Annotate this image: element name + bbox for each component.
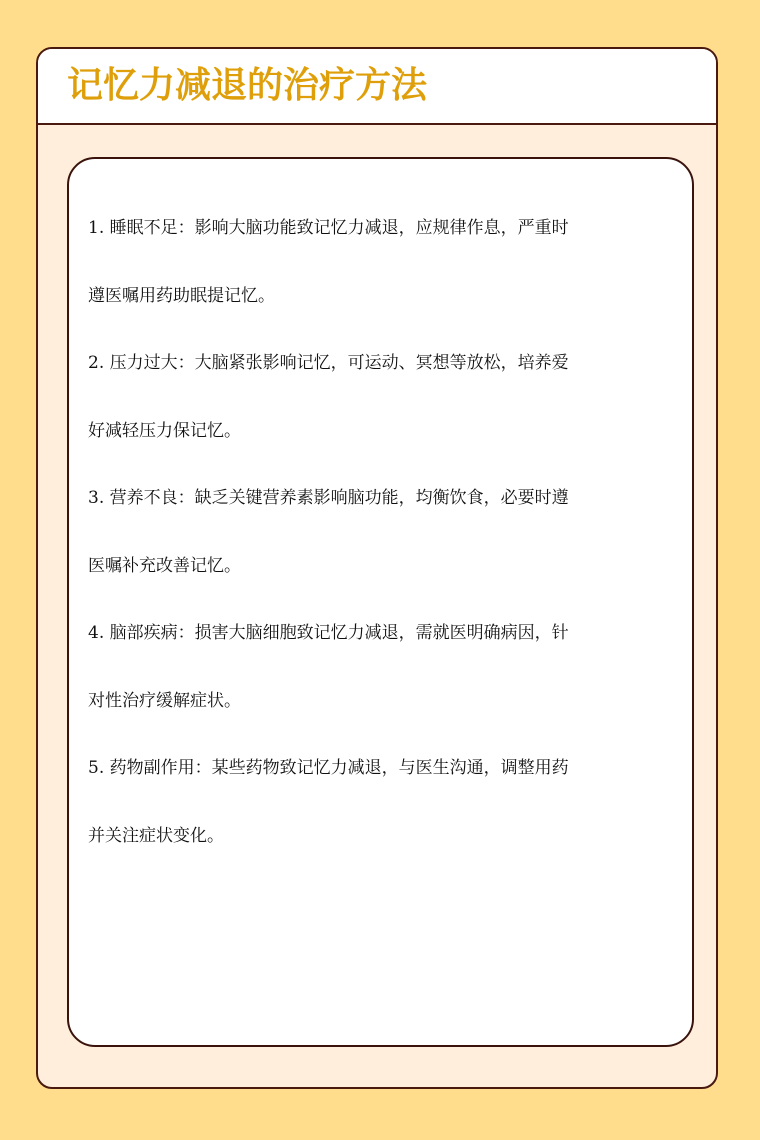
list-item-line: 4. 脑部疾病：损害大脑细胞致记忆力减退，需就医明确病因，针 (88, 600, 668, 668)
card-header: 记忆力减退的治疗方法 (38, 49, 716, 125)
page-title: 记忆力减退的治疗方法 (67, 64, 427, 108)
list-item: 4. 脑部疾病：损害大脑细胞致记忆力减退，需就医明确病因，针 对性治疗缓解症状。 (88, 600, 668, 735)
list-item: 5. 药物副作用：某些药物致记忆力减退，与医生沟通，调整用药 并关注症状变化。 (88, 735, 668, 870)
list-item-line: 3. 营养不良：缺乏关键营养素影响脑功能，均衡饮食，必要时遵 (88, 465, 668, 533)
list-item-line: 2. 压力过大：大脑紧张影响记忆，可运动、冥想等放松，培养爱 (88, 330, 668, 398)
info-card: 记忆力减退的治疗方法 1. 睡眠不足：影响大脑功能致记忆力减退，应规律作息，严重… (36, 47, 718, 1089)
list-item-line: 并关注症状变化。 (88, 803, 668, 871)
list-item-line: 5. 药物副作用：某些药物致记忆力减退，与医生沟通，调整用药 (88, 735, 668, 803)
list-item: 3. 营养不良：缺乏关键营养素影响脑功能，均衡饮食，必要时遵 医嘱补充改善记忆。 (88, 465, 668, 600)
list-item-line: 1. 睡眠不足：影响大脑功能致记忆力减退，应规律作息，严重时 (88, 195, 668, 263)
list-item-line: 医嘱补充改善记忆。 (88, 533, 668, 601)
treatment-list: 1. 睡眠不足：影响大脑功能致记忆力减退，应规律作息，严重时 遵医嘱用药助眠提记… (88, 195, 668, 870)
list-item-line: 好减轻压力保记忆。 (88, 398, 668, 466)
list-item: 1. 睡眠不足：影响大脑功能致记忆力减退，应规律作息，严重时 遵医嘱用药助眠提记… (88, 195, 668, 330)
list-item-line: 对性治疗缓解症状。 (88, 668, 668, 736)
list-item: 2. 压力过大：大脑紧张影响记忆，可运动、冥想等放松，培养爱 好减轻压力保记忆。 (88, 330, 668, 465)
list-item-line: 遵医嘱用药助眠提记忆。 (88, 263, 668, 331)
content-box: 1. 睡眠不足：影响大脑功能致记忆力减退，应规律作息，严重时 遵医嘱用药助眠提记… (67, 157, 694, 1047)
